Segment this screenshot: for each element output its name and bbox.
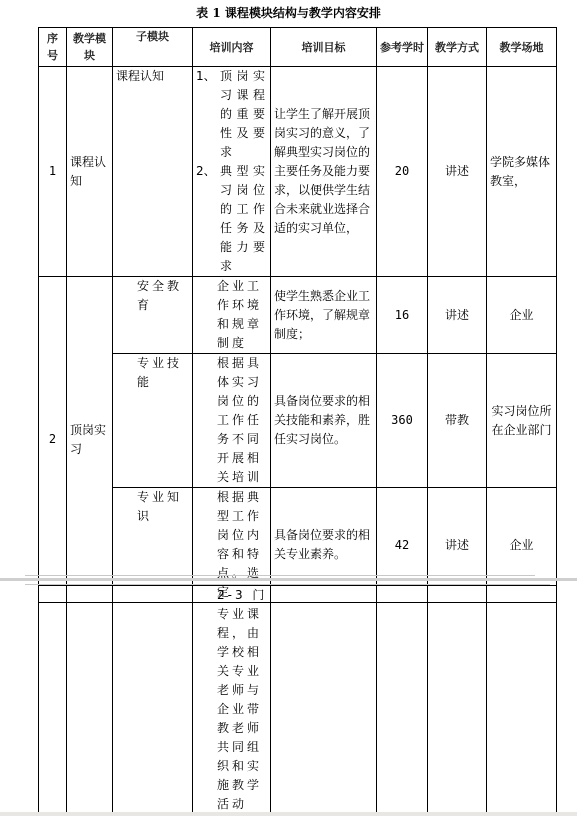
course-module-table: 序号 教学模块 子模块 培训内容 培训目标 参考学时 教学方式 教学场地 1 课… xyxy=(38,27,557,603)
header-goal: 培训目标 xyxy=(271,28,377,67)
item-marker: 1、 xyxy=(196,67,220,162)
empty-cell xyxy=(271,586,377,815)
training-content: 根据具体实习岗位的工作任务不同开展相关培训 xyxy=(193,354,271,488)
row-module: 课程认知 xyxy=(67,67,113,277)
teaching-method: 带教 xyxy=(428,354,487,488)
page-break-separator xyxy=(0,578,577,581)
row-seq: 1 xyxy=(39,67,67,277)
row-seq: 2 xyxy=(39,277,67,603)
header-venue: 教学场地 xyxy=(487,28,557,67)
header-row: 序号 教学模块 子模块 培训内容 培训目标 参考学时 教学方式 教学场地 xyxy=(39,28,557,67)
item-text: 顶岗实习课程的重要性及要求 xyxy=(220,67,267,162)
empty-cell xyxy=(67,586,113,815)
training-goal: 具备岗位要求的相关技能和素养，胜任实习岗位。 xyxy=(271,354,377,488)
header-content: 培训内容 xyxy=(193,28,271,67)
training-goal: 使学生熟悉企业工作环境，了解规章制度； xyxy=(271,277,377,354)
teaching-method: 讲述 xyxy=(428,277,487,354)
empty-cell xyxy=(39,586,67,815)
item-marker: 2、 xyxy=(196,162,220,276)
teaching-venue: 企业 xyxy=(487,277,557,354)
item-text: 典型实习岗位的工作任务及能力要求 xyxy=(220,162,267,276)
header-method: 教学方式 xyxy=(428,28,487,67)
reference-hours: 20 xyxy=(377,67,428,277)
empty-cell xyxy=(487,586,557,815)
page-break-line xyxy=(25,575,535,576)
empty-cell xyxy=(113,586,193,815)
table-caption: 表 1 课程模块结构与教学内容安排 xyxy=(0,4,577,21)
page-bottom-edge xyxy=(0,812,577,816)
reference-hours: 360 xyxy=(377,354,428,488)
empty-cell xyxy=(377,586,428,815)
course-module-table-continued: 2-3 门专业课程，由学校相关专业老师与企业带教老师共同组织和实施教学活动 xyxy=(38,585,557,815)
content-item: 2、 典型实习岗位的工作任务及能力要求 xyxy=(196,162,267,276)
content-item: 1、 顶岗实习课程的重要性及要求 xyxy=(196,67,267,162)
table-row: 2 顶岗实习 安全教育 企业工作环境和规章制度 使学生熟悉企业工作环境，了解规章… xyxy=(39,277,557,354)
header-seq: 序号 xyxy=(39,28,67,67)
training-content: 1、 顶岗实习课程的重要性及要求 2、 典型实习岗位的工作任务及能力要求 xyxy=(193,67,271,277)
header-module: 教学模块 xyxy=(67,28,113,67)
submodule-name: 课程认知 xyxy=(113,67,193,277)
training-content-continued: 2-3 门专业课程，由学校相关专业老师与企业带教老师共同组织和实施教学活动 xyxy=(193,586,271,815)
teaching-venue: 实习岗位所在企业部门 xyxy=(487,354,557,488)
header-submodule: 子模块 xyxy=(113,28,193,67)
table-row: 专业技能 根据具体实习岗位的工作任务不同开展相关培训 具备岗位要求的相关技能和素… xyxy=(39,354,557,488)
training-content: 企业工作环境和规章制度 xyxy=(193,277,271,354)
reference-hours: 16 xyxy=(377,277,428,354)
submodule-name: 安全教育 xyxy=(113,277,193,354)
table-row: 1 课程认知 课程认知 1、 顶岗实习课程的重要性及要求 2、 典型实习岗位的工… xyxy=(39,67,557,277)
header-hours: 参考学时 xyxy=(377,28,428,67)
teaching-venue: 学院多媒体教室， xyxy=(487,67,557,277)
submodule-name: 专业技能 xyxy=(113,354,193,488)
empty-cell xyxy=(428,586,487,815)
row-module: 顶岗实习 xyxy=(67,277,113,603)
table-row-continued: 2-3 门专业课程，由学校相关专业老师与企业带教老师共同组织和实施教学活动 xyxy=(39,586,557,815)
training-goal: 让学生了解开展顶岗实习的意义，了解典型实习岗位的主要任务及能力要求，以便供学生结… xyxy=(271,67,377,277)
teaching-method: 讲述 xyxy=(428,67,487,277)
